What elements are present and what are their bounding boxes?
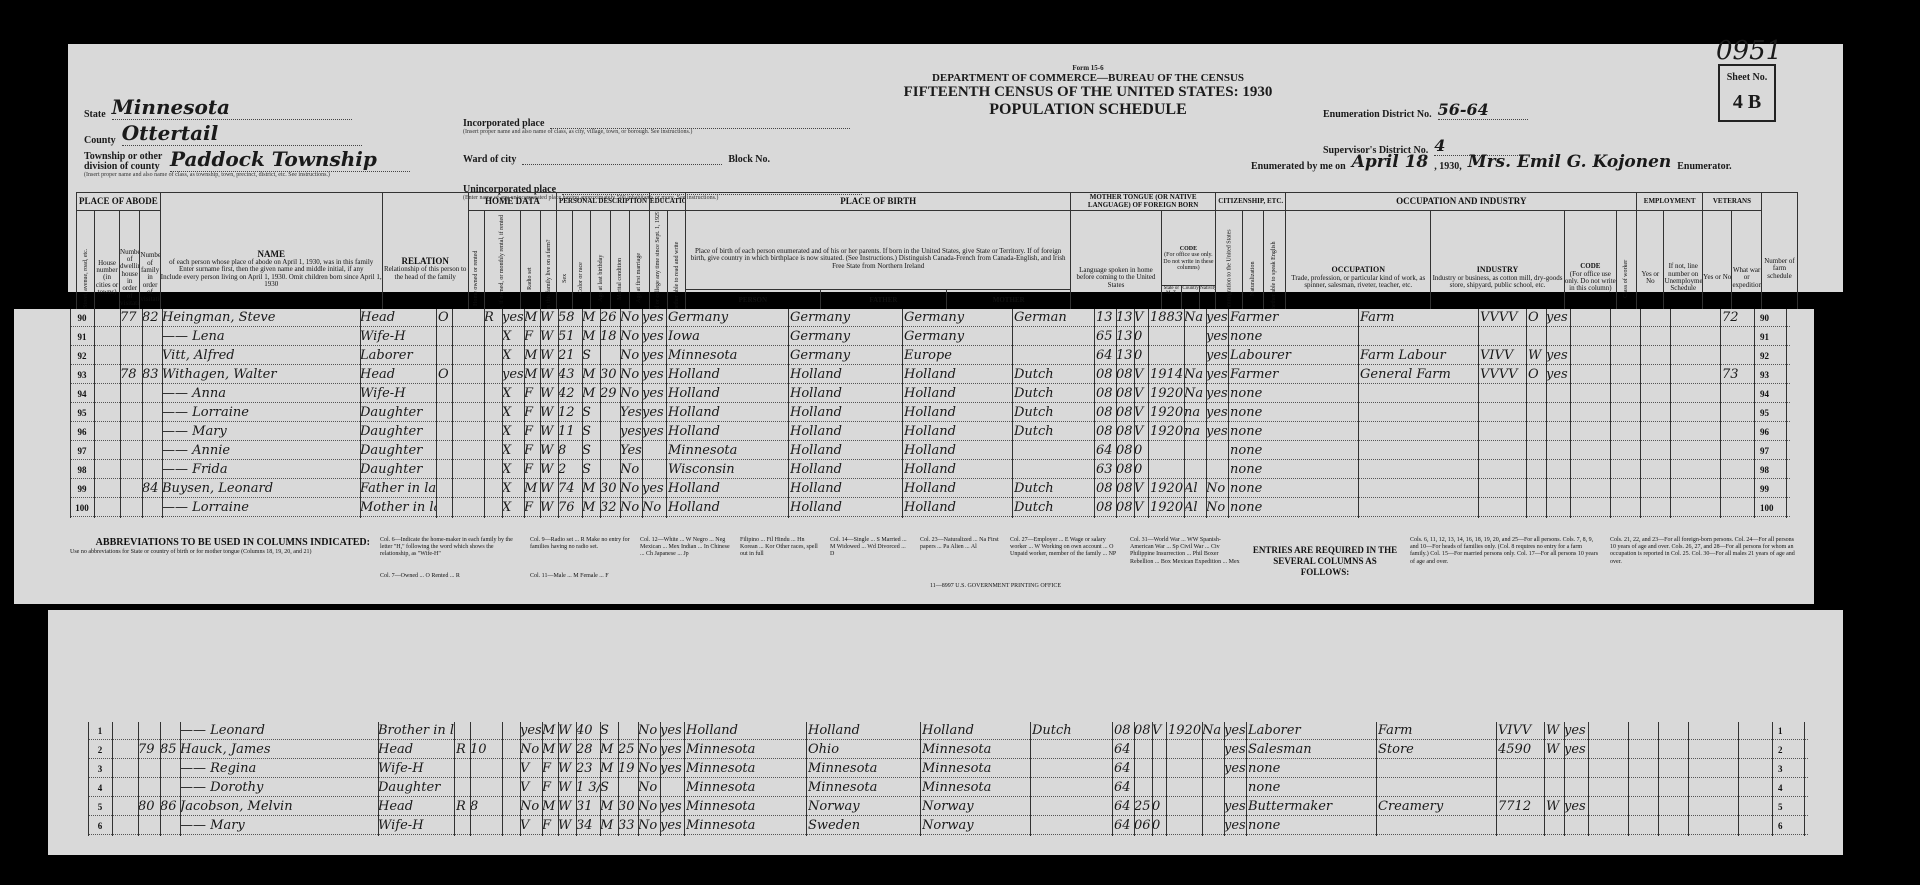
cell-english — [1206, 461, 1228, 479]
cell-tongue — [1014, 347, 1094, 365]
cell-name: —— Leonard — [180, 722, 376, 740]
cell-dwelling: 78 — [120, 366, 142, 384]
cell-work — [1546, 328, 1586, 346]
cell-father: Holland — [790, 461, 902, 479]
line-number-right: 6 — [1778, 817, 1802, 835]
cell-owned — [456, 760, 470, 778]
cell-english: yes — [1206, 328, 1228, 346]
grid-line — [1546, 309, 1547, 518]
cell-owned — [456, 817, 470, 835]
grid-line — [1094, 309, 1095, 518]
cell-tongue: Dutch — [1014, 385, 1094, 403]
grid-line — [88, 722, 89, 836]
line-number-right: 96 — [1760, 423, 1784, 441]
cell-natz — [1184, 328, 1206, 346]
table-row: 94—— AnnaWife-HXFW42M29NoyesHollandHolla… — [70, 385, 1790, 403]
cell-industry: Farm Labour — [1360, 347, 1478, 365]
cell-industry — [1360, 404, 1478, 422]
line-number-right: 4 — [1778, 779, 1802, 797]
cell-occupation: none — [1230, 404, 1358, 422]
cell-age-marr: 18 — [600, 328, 620, 346]
cell-read: yes — [660, 817, 684, 835]
cell-school: No — [638, 817, 660, 835]
enumerated-label: Enumerated by me on — [1251, 161, 1346, 172]
line-number-right: 91 — [1760, 328, 1784, 346]
cell-cB: 06 — [1134, 817, 1152, 835]
line-number-right: 94 — [1760, 385, 1784, 403]
cell-cA: 64 — [1114, 798, 1134, 816]
cell-occ-code: 4590 — [1498, 741, 1544, 759]
cell-cC — [1152, 760, 1166, 778]
cell-father: Germany — [790, 347, 902, 365]
cell-cC: V — [1134, 385, 1148, 403]
cell-immig: 1920 — [1168, 722, 1202, 740]
grid-line — [1588, 722, 1589, 836]
cell-age: 2 — [558, 461, 582, 479]
cell-radio — [502, 741, 520, 759]
cell-read — [660, 779, 684, 797]
cell-industry — [1360, 461, 1478, 479]
cell-class: W — [1546, 741, 1564, 759]
cell-cC — [1152, 779, 1166, 797]
grid-line — [138, 722, 139, 836]
grid-line — [1688, 722, 1689, 836]
table-row: 9984Buysen, LeonardFather in lawXMW74M30… — [70, 480, 1790, 498]
cell-natz: Na — [1184, 309, 1206, 327]
cell-english: yes — [1224, 741, 1246, 759]
cell-industry — [1378, 817, 1496, 835]
cell-farm: yes — [502, 366, 524, 384]
cell-read: yes — [642, 423, 666, 441]
cell-work: yes — [1546, 309, 1586, 327]
cell-farm-sched: 72 — [1722, 309, 1750, 327]
cell-immig: 1920 — [1150, 385, 1184, 403]
cell-relation: Wife-H — [378, 760, 454, 778]
cell-family: 84 — [142, 480, 164, 498]
cell-line: 2 — [88, 741, 112, 759]
cell-sex: F — [524, 499, 540, 517]
cell-school: No — [620, 480, 642, 498]
cell-relation: Daughter — [360, 442, 436, 460]
cell-cC: 0 — [1152, 817, 1166, 835]
grid-line — [94, 309, 95, 518]
grid-line — [1166, 722, 1167, 836]
cell-age: 1 3/12 — [576, 779, 600, 797]
cell-tongue: Dutch — [1014, 404, 1094, 422]
cell-cC: V — [1134, 404, 1148, 422]
cell-work: yes — [1546, 366, 1586, 384]
cell-name: Buysen, Leonard — [162, 480, 358, 498]
cell-birth: Minnesota — [668, 442, 788, 460]
cell-occ-code: VVVV — [1480, 309, 1526, 327]
cell-industry — [1360, 423, 1478, 441]
cell-farm-sched — [1722, 499, 1750, 517]
cell-school: No — [638, 779, 660, 797]
cell-radio — [502, 817, 520, 835]
cell-dwelling: 79 — [138, 741, 160, 759]
cell-age: 8 — [558, 442, 582, 460]
cell-marital: M — [600, 817, 618, 835]
cell-marital: S — [600, 722, 618, 740]
group-home-data: HOME DATA — [468, 193, 556, 211]
cell-age-marr — [600, 461, 620, 479]
cell-line: 99 — [70, 480, 94, 498]
cell-occupation: none — [1230, 385, 1358, 403]
cell-radio — [502, 722, 520, 740]
census-data-lines-90-100: 907782Heingman, SteveHeadORyesMW58M26Noy… — [14, 309, 1814, 604]
cell-owned: O — [438, 309, 452, 327]
cell-value — [452, 442, 484, 460]
cell-natz: Al — [1184, 499, 1206, 517]
cell-sex: F — [542, 779, 558, 797]
cell-work — [1546, 480, 1586, 498]
cell-line: 98 — [70, 461, 94, 479]
cell-read: yes — [660, 760, 684, 778]
cell-dwelling — [120, 385, 142, 403]
cell-family — [142, 404, 164, 422]
cell-farm: X — [502, 328, 524, 346]
cell-cA: 13 — [1096, 309, 1116, 327]
table-row: 3—— ReginaWife-HVFW23M19NoyesMinnesotaMi… — [88, 760, 1808, 778]
cell-dwelling — [138, 722, 160, 740]
cell-farm: X — [502, 480, 524, 498]
group-veterans: VETERANS — [1703, 193, 1762, 211]
grid-line — [1772, 722, 1773, 836]
cell-immig — [1150, 442, 1184, 460]
cell-race: W — [558, 779, 576, 797]
cell-age-marr: 33 — [618, 817, 638, 835]
cell-tongue — [1032, 798, 1112, 816]
cell-race: W — [540, 366, 558, 384]
cell-age: 51 — [558, 328, 582, 346]
cell-age: 23 — [576, 760, 600, 778]
cell-occupation: Farmer — [1230, 309, 1358, 327]
cell-farm: X — [502, 385, 524, 403]
cell-read: yes — [660, 722, 684, 740]
cell-family — [142, 347, 164, 365]
cell-radio — [484, 328, 502, 346]
abbrev-col9: Col. 9—Radio set ... R Make no entry for… — [530, 537, 630, 551]
grid-line — [1206, 309, 1207, 518]
cell-line: 91 — [70, 328, 94, 346]
group-place-of-birth: PLACE OF BIRTH — [686, 193, 1071, 211]
cell-industry: Farm — [1378, 722, 1496, 740]
cell-marital: M — [582, 328, 600, 346]
cell-sex: F — [524, 442, 540, 460]
cell-class — [1546, 817, 1564, 835]
census-title: FIFTEENTH CENSUS OF THE UNITED STATES: 1… — [888, 84, 1288, 101]
table-row: 91—— LenaWife-HXFW51M18NoyesIowaGermanyG… — [70, 328, 1790, 346]
abbrev-col12b: Filipino ... Fil Hindu ... Hn Korean ...… — [740, 537, 820, 559]
cell-industry — [1378, 779, 1496, 797]
cell-age: 40 — [576, 722, 600, 740]
cell-farm: V — [520, 817, 542, 835]
cell-cA: 08 — [1096, 404, 1116, 422]
cell-name: —— Frida — [162, 461, 358, 479]
cell-sex: F — [524, 328, 540, 346]
grid-line — [1202, 722, 1203, 836]
incorporated-label: Incorporated place — [463, 118, 544, 129]
cell-age: 11 — [558, 423, 582, 441]
table-row: 100—— LorraineMother in lawXFW76M32NoNoH… — [70, 499, 1790, 517]
cell-cA: 65 — [1096, 328, 1116, 346]
cell-relation: Daughter — [360, 404, 436, 422]
cell-cB: 08 — [1116, 480, 1134, 498]
cell-marital: M — [582, 366, 600, 384]
cell-cA: 64 — [1096, 442, 1116, 460]
cell-natz: Na — [1202, 722, 1224, 740]
cell-cA: 64 — [1114, 760, 1134, 778]
cell-birth: Iowa — [668, 328, 788, 346]
cell-work — [1546, 385, 1586, 403]
cell-cA: 08 — [1096, 385, 1116, 403]
cell-family — [142, 328, 164, 346]
grid-line — [1526, 309, 1527, 518]
cell-name: Vitt, Alfred — [162, 347, 358, 365]
cell-farm-sched — [1740, 760, 1768, 778]
cell-age-marr: 30 — [618, 798, 638, 816]
cell-age-marr — [600, 347, 620, 365]
cell-industry — [1360, 385, 1478, 403]
cell-cB — [1134, 779, 1152, 797]
cell-race: W — [540, 442, 558, 460]
grid-line — [1670, 309, 1671, 518]
grid-line — [1358, 309, 1359, 518]
cell-school: No — [620, 499, 642, 517]
line-number-right: 3 — [1778, 760, 1802, 778]
cell-english: yes — [1206, 404, 1228, 422]
grid-line — [1376, 722, 1377, 836]
cell-cB: 08 — [1116, 385, 1134, 403]
grid-line — [1246, 722, 1247, 836]
line-number-right: 2 — [1778, 741, 1802, 759]
cell-cA: 08 — [1114, 722, 1134, 740]
cell-farm-sched — [1740, 798, 1768, 816]
grid-line — [162, 309, 163, 518]
entries-title: ENTRIES ARE REQUIRED IN THE SEVERAL COLU… — [1250, 545, 1400, 577]
cell-occ-code — [1480, 499, 1526, 517]
cell-family — [142, 499, 164, 517]
cell-farm-sched — [1722, 442, 1750, 460]
cell-school: No — [620, 347, 642, 365]
cell-work — [1546, 423, 1586, 441]
grid-line — [120, 309, 121, 518]
table-row: 6—— MaryWife-HVFW34M33NoyesMinnesotaSwed… — [88, 817, 1808, 835]
table-row: 1—— LeonardBrother in lawyesMW40SNoyesHo… — [88, 722, 1808, 740]
cell-mother: Minnesota — [922, 741, 1030, 759]
cell-line: 100 — [70, 499, 94, 517]
cell-sex: F — [524, 385, 540, 403]
grid-line — [1134, 722, 1135, 836]
cell-farm: X — [502, 347, 524, 365]
cell-read: yes — [642, 480, 666, 498]
cell-relation: Wife-H — [378, 817, 454, 835]
cell-work — [1546, 404, 1586, 422]
cell-immig: 1920 — [1150, 480, 1184, 498]
cell-race: W — [540, 347, 558, 365]
cell-natz — [1202, 741, 1224, 759]
cell-cC: V — [1134, 423, 1148, 441]
cell-english: yes — [1206, 309, 1228, 327]
cell-name: —— Dorothy — [180, 779, 376, 797]
form-title: Form 15-6 DEPARTMENT OF COMMERCE—BUREAU … — [888, 64, 1288, 119]
grid-line — [1804, 722, 1805, 836]
grid-line — [1610, 309, 1611, 518]
grid-line — [1116, 309, 1117, 518]
cell-race: W — [540, 461, 558, 479]
cell-occ-code — [1480, 461, 1526, 479]
grid-line — [1030, 722, 1031, 836]
cell-english: yes — [1224, 798, 1246, 816]
cell-relation: Head — [378, 741, 454, 759]
cell-school: No — [638, 741, 660, 759]
cell-owned — [438, 423, 452, 441]
cell-dwelling — [138, 779, 160, 797]
cell-class — [1528, 404, 1546, 422]
cell-marital: S — [582, 461, 600, 479]
block-label: Block No. — [728, 154, 770, 165]
cell-owned — [438, 442, 452, 460]
cell-english: No — [1206, 499, 1228, 517]
cell-marital: S — [582, 347, 600, 365]
cell-industry — [1360, 442, 1478, 460]
cell-dwelling — [120, 499, 142, 517]
line-number-right: 93 — [1760, 366, 1784, 384]
cell-name: Withagen, Walter — [162, 366, 358, 384]
cell-age: 42 — [558, 385, 582, 403]
cell-farm-sched — [1722, 328, 1750, 346]
cell-relation: Daughter — [360, 423, 436, 441]
county-label: County — [84, 135, 116, 146]
cell-owned: R — [456, 741, 470, 759]
grid-line — [1720, 309, 1721, 518]
grid-line — [520, 722, 521, 836]
cell-occ-code: 7712 — [1498, 798, 1544, 816]
cell-english: yes — [1206, 366, 1228, 384]
cell-age-marr — [618, 722, 638, 740]
cell-radio — [484, 480, 502, 498]
cell-occ-code — [1480, 385, 1526, 403]
cell-age: 12 — [558, 404, 582, 422]
cell-mother: Germany — [904, 309, 1012, 327]
line-number-right: 92 — [1760, 347, 1784, 365]
cell-race: W — [558, 760, 576, 778]
cell-class: W — [1546, 798, 1564, 816]
grid-line — [576, 722, 577, 836]
cell-english: yes — [1224, 760, 1246, 778]
township-note: (Insert proper name and also name of cla… — [84, 172, 410, 178]
cell-occ-code — [1480, 442, 1526, 460]
cell-family: 83 — [142, 366, 164, 384]
grid-line — [1184, 309, 1185, 518]
cell-radio: R — [484, 309, 502, 327]
township-label: Township or other division of county — [84, 152, 164, 172]
cell-owned — [456, 779, 470, 797]
cell-immig — [1168, 741, 1202, 759]
cell-marital: M — [582, 499, 600, 517]
grid-line — [1478, 309, 1479, 518]
grid-line — [1012, 309, 1013, 518]
cell-sex: F — [524, 404, 540, 422]
col-birth-father: FATHER — [821, 290, 948, 310]
cell-school: No — [638, 722, 660, 740]
cell-mother: Holland — [904, 499, 1012, 517]
line-number-right: 95 — [1760, 404, 1784, 422]
cell-cA: 64 — [1114, 741, 1134, 759]
cell-dwelling — [138, 817, 160, 835]
enumeration-line: Enumerated by me on April 18 , 1930, Mrs… — [1251, 152, 1732, 172]
cell-name: —— Lorraine — [162, 404, 358, 422]
cell-farm: No — [520, 798, 542, 816]
cell-race: W — [540, 385, 558, 403]
cell-farm-sched — [1722, 423, 1750, 441]
cell-father: Norway — [808, 798, 920, 816]
location-fields: StateMinnesota CountyOttertail Township … — [84, 94, 410, 178]
cell-cA: 64 — [1114, 779, 1134, 797]
cell-farm: No — [520, 741, 542, 759]
cell-father: Minnesota — [808, 760, 920, 778]
grid-line — [618, 722, 619, 836]
cell-cB: 08 — [1116, 404, 1134, 422]
cell-marital: S — [600, 779, 618, 797]
cell-family — [142, 423, 164, 441]
grid-line — [502, 722, 503, 836]
grid-line — [1564, 722, 1565, 836]
cell-read: No — [642, 499, 666, 517]
grid-line — [1658, 722, 1659, 836]
cell-mother: Norway — [922, 817, 1030, 835]
cell-birth: Germany — [668, 309, 788, 327]
cell-farm-sched — [1740, 722, 1768, 740]
cell-english: No — [1206, 480, 1228, 498]
grid-line — [582, 309, 583, 518]
abbrev-col23: Col. 23—Naturalized ... Na First papers … — [920, 537, 1000, 551]
ward-field — [522, 155, 722, 165]
cell-race: W — [540, 499, 558, 517]
table-row: 97—— AnnieDaughterXFW8SYesMinnesotaHolla… — [70, 442, 1790, 460]
cell-age-marr: 26 — [600, 309, 620, 327]
abbrev-col6: Col. 6—Indicate the home-maker in each f… — [380, 537, 520, 559]
cell-natz — [1184, 461, 1206, 479]
cell-sex: M — [542, 741, 558, 759]
cell-owned: O — [438, 366, 452, 384]
grid-line — [660, 722, 661, 836]
cell-tongue — [1032, 779, 1112, 797]
cell-dwelling — [120, 461, 142, 479]
cell-natz: na — [1184, 423, 1206, 441]
cell-relation: Wife-H — [360, 328, 436, 346]
county-value: Ottertail — [122, 121, 362, 146]
cell-value — [452, 499, 484, 517]
cell-cB: 08 — [1116, 442, 1134, 460]
cell-father: Holland — [790, 366, 902, 384]
cell-cB: 08 — [1116, 366, 1134, 384]
group-education: EDUCATION — [649, 193, 685, 211]
enumerator-label: Enumerator. — [1677, 161, 1731, 172]
cell-work — [1564, 817, 1604, 835]
cell-father: Holland — [790, 442, 902, 460]
cell-farm-sched — [1722, 404, 1750, 422]
cell-relation: Wife-H — [360, 385, 436, 403]
cell-school: No — [620, 366, 642, 384]
cell-mother: Germany — [904, 328, 1012, 346]
cell-cB: 08 — [1134, 722, 1152, 740]
cell-sex: F — [524, 461, 540, 479]
col-birth-person: PERSON — [686, 290, 820, 310]
cell-relation: Laborer — [360, 347, 436, 365]
cell-sex: F — [542, 760, 558, 778]
cell-birth: Minnesota — [686, 741, 806, 759]
